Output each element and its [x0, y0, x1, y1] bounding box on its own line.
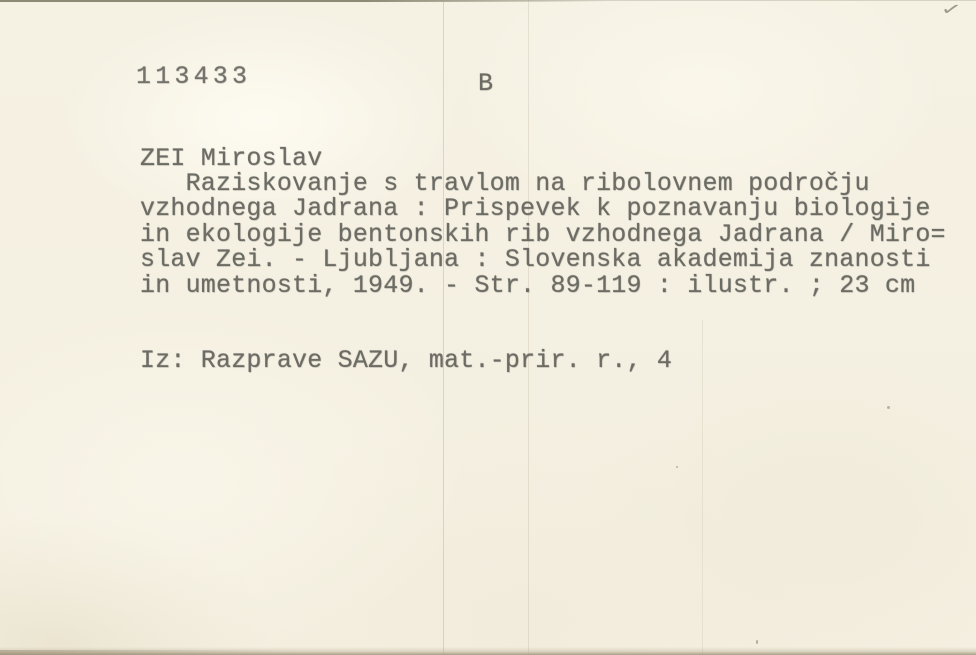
bibliographic-description: Raziskovanje s travlom na ribolovnem pod…	[140, 171, 946, 298]
paper-speck	[756, 640, 758, 644]
author-heading: ZEI Miroslav	[140, 146, 322, 171]
series-note: Iz: Razprave SAZU, mat.-prir. r., 4	[140, 348, 672, 373]
card-bottom-left-shadow	[0, 650, 300, 655]
paper-crease-right	[702, 320, 703, 655]
card-top-edge-line	[0, 0, 976, 1]
paper-speck	[887, 406, 890, 409]
paper-speck	[676, 466, 678, 468]
classification-letter: B	[478, 71, 493, 96]
paper-crease-mid	[528, 0, 529, 655]
library-catalog-card-scan: ✓ 113433 B ZEI Miroslav Raziskovanje s t…	[0, 0, 976, 655]
call-number: 113433	[136, 64, 251, 89]
paper-crease-left	[443, 0, 444, 655]
pen-checkmark: ✓	[939, 0, 962, 21]
